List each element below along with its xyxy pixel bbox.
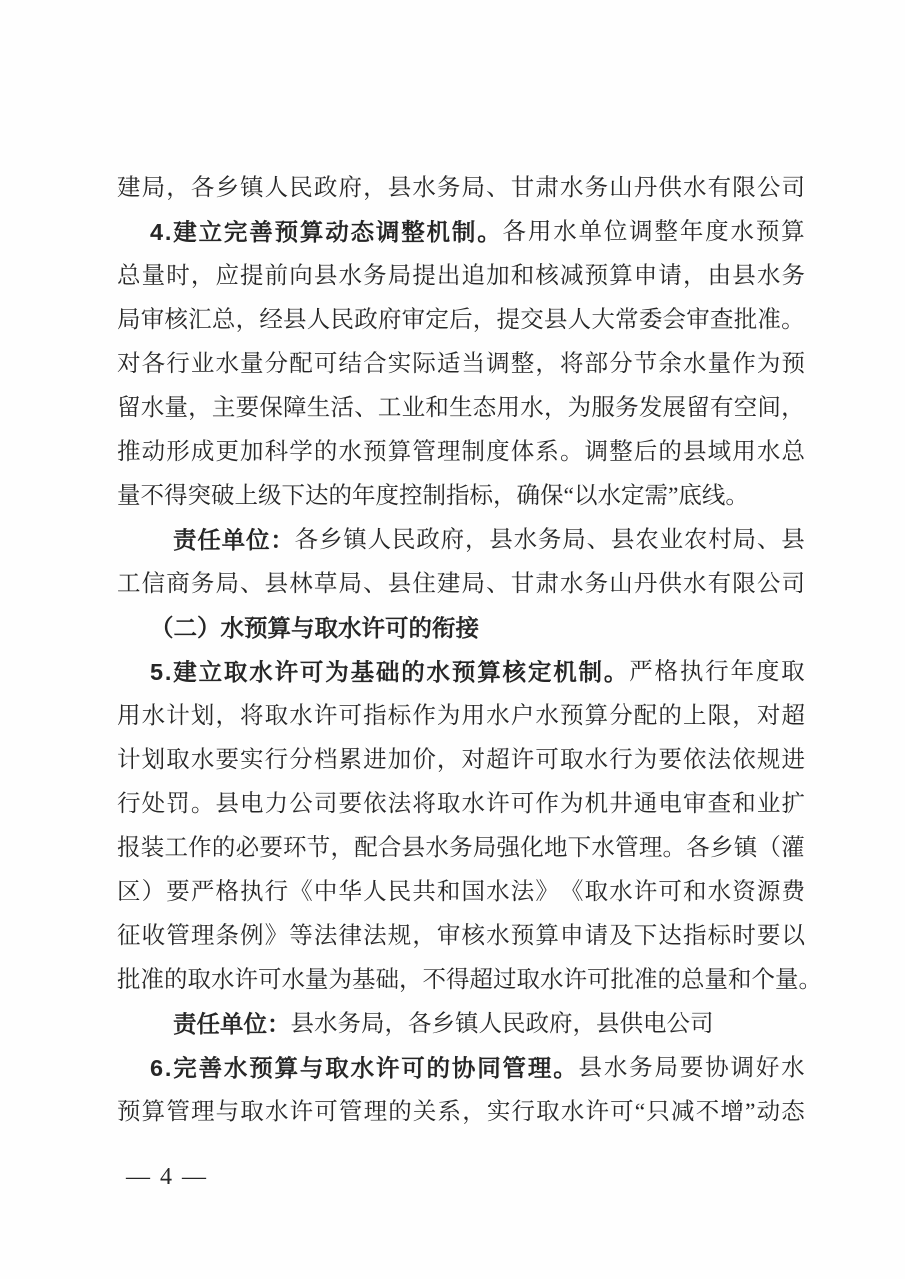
char: 得 [446, 969, 470, 993]
char: 草 [314, 573, 338, 597]
char: 取 [240, 1101, 264, 1125]
char: 指 [683, 925, 707, 949]
char: 生 [449, 397, 473, 421]
char: 水 [338, 441, 362, 465]
char: 要 [338, 793, 362, 817]
char: 管 [412, 441, 436, 465]
bold-char: 接 [456, 617, 480, 641]
char: 对 [117, 353, 141, 377]
char: 县 [732, 265, 756, 289]
char: 算 [609, 265, 633, 289]
char: 实 [240, 749, 264, 773]
char: 山 [609, 573, 633, 597]
char: 不 [141, 485, 165, 509]
char: 县 [388, 573, 412, 597]
char: 、 [486, 177, 510, 201]
char: 制 [462, 441, 486, 465]
char: 水 [289, 705, 313, 729]
char: 经 [259, 309, 283, 333]
bold-char: 可 [401, 1057, 425, 1081]
char: 准 [757, 309, 781, 333]
char: 林 [289, 573, 313, 597]
char: 水 [540, 969, 564, 993]
char: 以 [781, 925, 805, 949]
char: 计 [166, 705, 190, 729]
char: 活 [330, 397, 354, 421]
bold-char: 取 [224, 661, 248, 685]
char: 条 [215, 925, 239, 949]
char: 行 [265, 749, 289, 773]
char: 供 [658, 573, 682, 597]
char: 可 [610, 1101, 634, 1125]
char: 有 [708, 573, 732, 597]
bold-char: 位 [246, 529, 270, 553]
bold-char: 6 [150, 1057, 163, 1081]
char: 减 [671, 1101, 695, 1125]
char: 信 [142, 573, 166, 597]
text-line: 预算管理与取水许可管理的关系，实行取水许可“只减不增”动态 [117, 1091, 805, 1135]
char: 作 [188, 837, 212, 861]
char: 公 [757, 177, 781, 201]
char: 定 [621, 485, 645, 509]
char: 、 [363, 573, 387, 597]
char: 预 [756, 221, 780, 245]
bold-char: 定 [528, 661, 552, 685]
char: 部 [585, 353, 609, 377]
char: 审 [141, 309, 165, 333]
char: 装 [141, 837, 165, 861]
bold-char: 同 [477, 1057, 501, 1081]
char: 基 [352, 969, 376, 993]
char: 住 [412, 573, 436, 597]
char: ， [191, 265, 215, 289]
char: 水 [486, 925, 510, 949]
text-line: 批准的取水许可水量为基础，不得超过取水许可批准的总量和个量。 [117, 959, 805, 1003]
char: 制 [423, 485, 447, 509]
bold-char: 调 [376, 221, 400, 245]
char: 提 [497, 309, 521, 333]
char: 通 [634, 793, 658, 817]
char: 核 [164, 309, 188, 333]
char: 县 [683, 441, 707, 465]
bold-char: 许 [362, 617, 386, 641]
char: 取 [437, 793, 461, 817]
bold-char: 预 [275, 221, 299, 245]
bold-char: 水 [338, 617, 362, 641]
bold-char: 算 [300, 221, 324, 245]
char: 服 [591, 397, 615, 421]
char: 委 [639, 309, 663, 333]
char: 处 [142, 793, 166, 817]
char: 形 [166, 441, 190, 465]
char: 供 [620, 1013, 644, 1037]
char: 。 [191, 793, 215, 817]
char: 间 [757, 397, 781, 421]
char: 用 [497, 397, 521, 421]
char: 追 [462, 265, 486, 289]
char: 局 [338, 573, 362, 597]
char: 作 [535, 793, 559, 817]
char: 标 [708, 925, 732, 949]
char: 保 [540, 485, 564, 509]
char: 加 [486, 265, 510, 289]
char: ， [363, 177, 387, 201]
char: 水 [215, 353, 239, 377]
char: 》 [265, 925, 289, 949]
char: 行 [609, 749, 633, 773]
char: ， [399, 969, 423, 993]
char: 个 [752, 969, 776, 993]
char: 当 [462, 353, 486, 377]
char: 计 [117, 749, 141, 773]
bold-char: 取 [325, 1057, 349, 1081]
char: 许 [585, 1101, 609, 1125]
char: 水 [338, 265, 362, 289]
bold-char: 的 [401, 661, 425, 685]
char: 算 [781, 221, 805, 245]
char: 指 [446, 485, 470, 509]
char: ， [166, 177, 190, 201]
char: 法 [314, 925, 338, 949]
char: ， [493, 485, 517, 509]
char: 划 [142, 749, 166, 773]
char: 申 [634, 265, 658, 289]
char: 际 [412, 353, 436, 377]
char: 好 [756, 1057, 780, 1081]
bold-char: ） [197, 617, 221, 641]
char: ， [683, 265, 707, 289]
char: 扩 [781, 793, 805, 817]
bold-char: 取 [315, 617, 339, 641]
char: 水 [591, 837, 615, 861]
char: 系 [535, 441, 559, 465]
bold-char: 水 [224, 1057, 248, 1081]
char: 与 [216, 1101, 240, 1125]
char: 许 [634, 881, 658, 905]
char: 镇 [343, 529, 367, 553]
char: 主 [212, 397, 236, 421]
bold-char: 水 [351, 1057, 375, 1081]
char: 整 [655, 221, 679, 245]
bold-char: 。 [553, 1057, 577, 1081]
char: 的 [212, 837, 236, 861]
char: 严 [191, 881, 215, 905]
char: 节 [634, 353, 658, 377]
char: 预 [560, 705, 584, 729]
char: 可 [338, 705, 362, 729]
char: 档 [314, 749, 338, 773]
char: 可 [535, 749, 559, 773]
char: 余 [658, 353, 682, 377]
char: 取 [560, 749, 584, 773]
char: 算 [585, 705, 609, 729]
char: 核 [535, 265, 559, 289]
char: 管 [166, 925, 190, 949]
char: 镇 [455, 1013, 479, 1037]
char: 可 [258, 969, 282, 993]
char: 提 [240, 265, 264, 289]
char: 司 [781, 573, 805, 597]
char: 后 [449, 309, 473, 333]
char: 务 [437, 177, 461, 201]
bold-char: 建 [173, 661, 197, 685]
char: 务 [585, 177, 609, 201]
char: 格 [215, 881, 239, 905]
char: 配 [634, 705, 658, 729]
bold-char: 算 [275, 1057, 299, 1081]
char: 法 [511, 881, 535, 905]
char: 展 [663, 397, 687, 421]
char: 和 [732, 793, 756, 817]
bold-char: 任 [197, 529, 221, 553]
char: 水 [683, 177, 707, 201]
text-line: 总量时，应提前向县水务局提出追加和核减预算申请，由县水务 [117, 255, 805, 299]
char: 理 [639, 837, 663, 861]
char: ， [732, 705, 756, 729]
text-line: 行处罚。县电力公司要依法将取水许可作为机井通电审查和业扩 [117, 783, 805, 827]
bold-char: . [165, 661, 172, 685]
char: 为 [568, 397, 592, 421]
char: 户 [511, 705, 535, 729]
char: 应 [215, 265, 239, 289]
char: 征 [117, 925, 141, 949]
char: 汇 [188, 309, 212, 333]
char: 定 [425, 309, 449, 333]
char: 、 [486, 573, 510, 597]
char: 合 [363, 353, 387, 377]
char: 度 [756, 661, 780, 685]
text-line: 工信商务局、县林草局、县住建局、甘肃水务山丹供水有限公司 [117, 563, 805, 607]
char: 为 [329, 969, 353, 993]
char: 保 [259, 397, 283, 421]
char: 调 [629, 221, 653, 245]
char: ， [188, 397, 212, 421]
char: 肃 [535, 573, 559, 597]
char: 用 [462, 705, 486, 729]
char: 请 [585, 925, 609, 949]
char: 推 [117, 441, 141, 465]
char: 达 [658, 925, 682, 949]
char: 科 [265, 441, 289, 465]
char: 突 [188, 485, 212, 509]
bold-char: 任 [197, 1013, 221, 1037]
char: 律 [338, 925, 362, 949]
bold-char: 建 [173, 221, 197, 245]
char: 的 [388, 1101, 412, 1125]
char: 取 [781, 661, 805, 685]
char: ） [142, 881, 166, 905]
char: 总 [117, 265, 141, 289]
char: 民 [392, 529, 416, 553]
char: 各 [686, 837, 710, 861]
bold-char: 可 [385, 617, 409, 641]
char: 等 [289, 925, 313, 949]
char: 态 [781, 1101, 805, 1125]
bold-char: ： [270, 529, 294, 553]
char: 局 [388, 265, 412, 289]
bold-char: 制 [452, 221, 476, 245]
char: 务 [538, 529, 562, 553]
char: ， [465, 529, 489, 553]
bold-char: 机 [427, 221, 451, 245]
char: 法 [388, 793, 412, 817]
char: 调 [585, 441, 609, 465]
char: 取 [188, 969, 212, 993]
char: 将 [412, 793, 436, 817]
char: 预 [363, 441, 387, 465]
char: 取 [536, 1101, 560, 1125]
char: 动 [757, 1101, 781, 1125]
char: 行 [265, 881, 289, 905]
char: 水 [142, 705, 166, 729]
char: 总 [681, 969, 705, 993]
char: 行 [117, 793, 141, 817]
char: 量 [240, 353, 264, 377]
char: 依 [683, 749, 707, 773]
char: 严 [629, 661, 653, 685]
char: 水 [604, 1057, 628, 1081]
page-number: — 4 — [126, 1164, 208, 1191]
char: 水 [191, 749, 215, 773]
char: 乡 [319, 529, 343, 553]
bold-char: 立 [199, 221, 223, 245]
char: 不 [423, 969, 447, 993]
char: 理 [364, 1101, 388, 1125]
char: 民 [502, 1013, 526, 1037]
char: 预 [781, 353, 805, 377]
bold-char: 可 [300, 661, 324, 685]
document-page: 建局，各乡镇人民政府，县水务局、甘肃水务山丹供水有限公司4.建立完善预算动态调整… [0, 0, 905, 1279]
char: 化 [520, 837, 544, 861]
char: 建 [117, 177, 141, 201]
char: 《 [289, 881, 313, 905]
char: 源 [757, 881, 781, 905]
char: 民 [388, 881, 412, 905]
char: 发 [639, 397, 663, 421]
text-line: 对各行业水量分配可结合实际适当调整，将部分节余水量作为预 [117, 343, 805, 387]
char: 水 [757, 441, 781, 465]
char: “ [564, 485, 574, 509]
char: 收 [142, 925, 166, 949]
char: 执 [240, 881, 264, 905]
char: ， [544, 397, 568, 421]
char: 水 [553, 221, 577, 245]
bold-char: 位 [244, 1013, 268, 1037]
char: 时 [166, 265, 190, 289]
text-line: 6.完善水预算与取水许可的协同管理。县水务局要协调好水 [117, 1047, 805, 1091]
char: 国 [462, 881, 486, 905]
char: 乡 [215, 177, 239, 201]
char: 可 [587, 969, 611, 993]
text-line: （二）水预算与取水许可的衔接 [117, 607, 805, 651]
char: 算 [388, 441, 412, 465]
char: 实 [487, 1101, 511, 1125]
char: 对 [462, 749, 486, 773]
char: 法 [708, 749, 732, 773]
char: 要 [215, 749, 239, 773]
char: 行 [705, 661, 729, 685]
char: 人 [568, 309, 592, 333]
char: 县 [283, 309, 307, 333]
char: 底 [678, 485, 702, 509]
text-line: 用水计划，将取水许可指标作为用水户水预算分配的上限，对超 [117, 695, 805, 739]
char: ， [535, 353, 559, 377]
char: 局 [462, 177, 486, 201]
bold-char: 完 [173, 1057, 197, 1081]
char: 可 [658, 881, 682, 905]
char: 局 [733, 529, 757, 553]
char: 批 [611, 969, 635, 993]
char: 司 [314, 793, 338, 817]
char: 许 [235, 969, 259, 993]
char: 下 [634, 925, 658, 949]
char: 环 [283, 837, 307, 861]
char: 各 [142, 353, 166, 377]
char: 法 [363, 925, 387, 949]
char: 动 [142, 441, 166, 465]
char: 度 [376, 485, 400, 509]
bold-char: 水 [221, 617, 245, 641]
char: 镇 [734, 837, 758, 861]
char: 会 [663, 309, 687, 333]
char: 商 [166, 573, 190, 597]
char: 审 [683, 793, 707, 817]
text-line: 建局，各乡镇人民政府，县水务局、甘肃水务山丹供水有限公司 [117, 167, 805, 211]
char: 》 [535, 881, 559, 905]
char: 各 [503, 221, 527, 245]
char: 规 [388, 925, 412, 949]
char: 过 [493, 969, 517, 993]
char: 井 [609, 793, 633, 817]
char: 工 [164, 837, 188, 861]
char: 及 [609, 925, 633, 949]
char: 将 [240, 705, 264, 729]
char: 水 [412, 177, 436, 201]
char: 水 [141, 397, 165, 421]
char: （ [757, 837, 781, 861]
char: 前 [265, 265, 289, 289]
char: 量 [117, 485, 141, 509]
char: 合 [378, 837, 402, 861]
char: 预 [585, 265, 609, 289]
bold-char: 水 [427, 661, 451, 685]
char: 府 [378, 309, 402, 333]
char: 总 [781, 441, 805, 465]
char: 量 [775, 969, 799, 993]
char: 农 [635, 529, 659, 553]
bold-char: 二 [174, 617, 198, 641]
char: 水 [425, 837, 449, 861]
bold-char: . [165, 221, 172, 245]
char: 局 [361, 1013, 385, 1037]
char: 查 [708, 793, 732, 817]
char: 业 [191, 353, 215, 377]
char: 申 [560, 925, 584, 949]
char: 镇 [240, 177, 264, 201]
char: 工 [117, 573, 141, 597]
char: 规 [757, 749, 781, 773]
char: 理 [191, 925, 215, 949]
char: 人 [479, 1013, 503, 1037]
char: 许 [511, 749, 535, 773]
char: 请 [658, 265, 682, 289]
char: 丹 [634, 177, 658, 201]
char: 县 [291, 1013, 315, 1037]
char: 实 [388, 353, 412, 377]
bold-char: 善 [249, 221, 273, 245]
char: 确 [517, 485, 541, 509]
char: 乡 [432, 1013, 456, 1037]
